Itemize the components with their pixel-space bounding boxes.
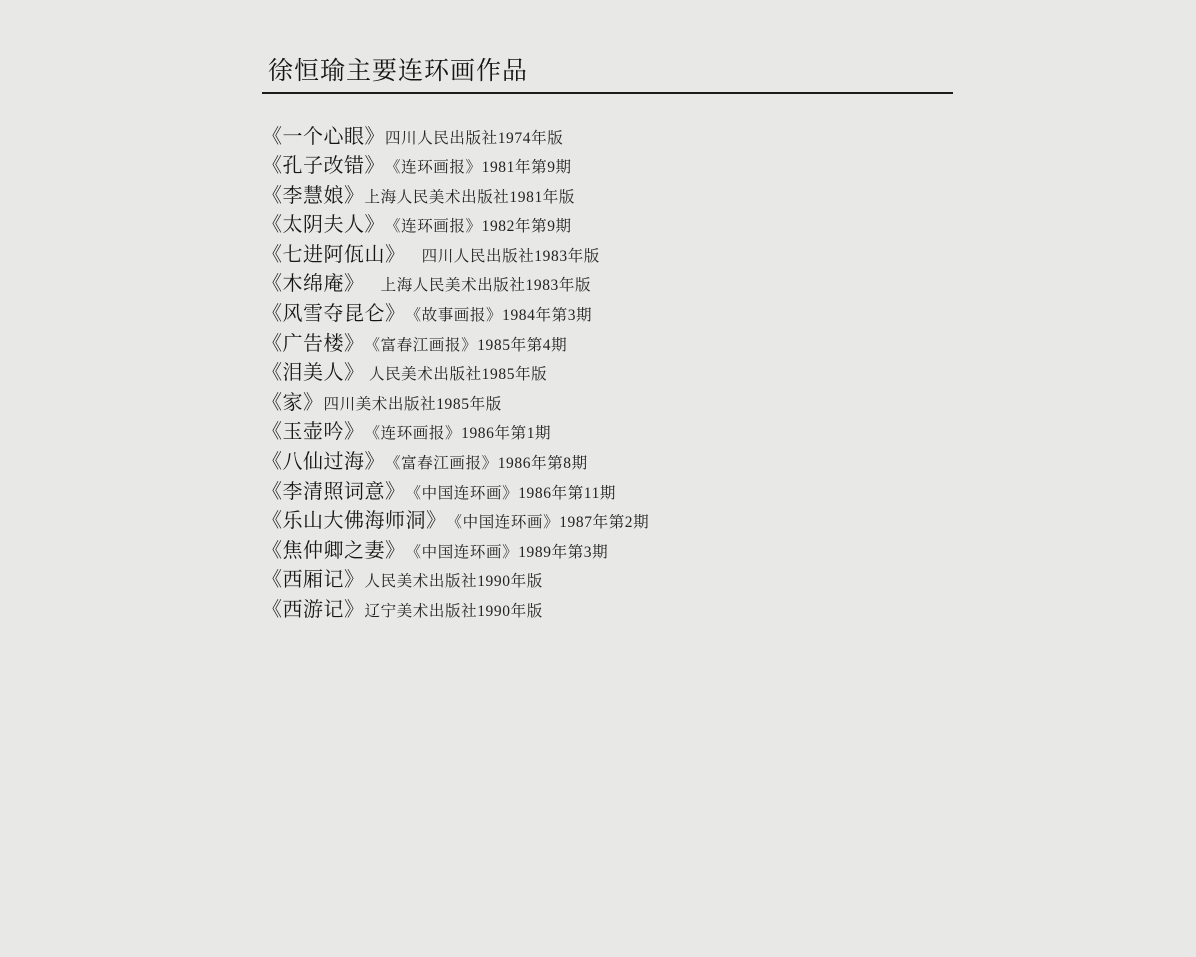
work-detail: 《连环画报》1982年第9期 bbox=[385, 214, 572, 236]
work-title: 《孔子改错》 bbox=[262, 149, 385, 178]
work-title: 《泪美人》 bbox=[262, 356, 365, 385]
work-title: 《玉壶吟》 bbox=[262, 415, 365, 444]
work-detail: 《中国连环画》1987年第2期 bbox=[447, 510, 650, 532]
work-title: 《西游记》 bbox=[262, 593, 365, 622]
work-item: 《一个心眼》四川人民出版社1974年版 bbox=[262, 120, 962, 150]
work-detail: 《中国连环画》1989年第3期 bbox=[406, 540, 609, 562]
work-item: 《七进阿佤山》 四川人民出版社1983年版 bbox=[262, 238, 962, 268]
work-title: 《七进阿佤山》 bbox=[262, 238, 406, 267]
work-detail: 《连环画报》1981年第9期 bbox=[385, 155, 572, 177]
work-title: 《风雪夺昆仑》 bbox=[262, 297, 406, 326]
work-item: 《玉壶吟》《连环画报》1986年第1期 bbox=[262, 415, 962, 445]
work-title: 《一个心眼》 bbox=[262, 120, 385, 149]
page-content: 徐恒瑜主要连环画作品 《一个心眼》四川人民出版社1974年版《孔子改错》《连环画… bbox=[262, 58, 962, 623]
work-detail: 上海人民美术出版社1983年版 bbox=[365, 273, 592, 295]
work-detail: 《富春江画报》1985年第4期 bbox=[365, 333, 568, 355]
work-detail: 四川人民出版社1974年版 bbox=[385, 126, 563, 148]
work-detail: 人民美术出版社1985年版 bbox=[365, 362, 548, 384]
work-item: 《李慧娘》上海人民美术出版社1981年版 bbox=[262, 179, 962, 209]
page-title: 徐恒瑜主要连环画作品 bbox=[262, 58, 953, 86]
work-title: 《李慧娘》 bbox=[262, 179, 365, 208]
work-title: 《八仙过海》 bbox=[262, 445, 385, 474]
work-item: 《广告楼》《富春江画报》1985年第4期 bbox=[262, 327, 962, 357]
work-item: 《焦仲卿之妻》《中国连环画》1989年第3期 bbox=[262, 534, 962, 564]
work-title: 《焦仲卿之妻》 bbox=[262, 534, 406, 563]
work-item: 《西厢记》人民美术出版社1990年版 bbox=[262, 563, 962, 593]
work-item: 《风雪夺昆仑》《故事画报》1984年第3期 bbox=[262, 297, 962, 327]
work-title: 《家》 bbox=[262, 386, 324, 415]
work-item: 《泪美人》 人民美术出版社1985年版 bbox=[262, 356, 962, 386]
work-detail: 辽宁美术出版社1990年版 bbox=[365, 599, 543, 621]
work-detail: 四川美术出版社1985年版 bbox=[324, 392, 502, 414]
section-heading: 徐恒瑜主要连环画作品 bbox=[262, 58, 953, 94]
work-item: 《孔子改错》《连环画报》1981年第9期 bbox=[262, 149, 962, 179]
work-title: 《太阴夫人》 bbox=[262, 208, 385, 237]
work-detail: 四川人民出版社1983年版 bbox=[406, 244, 600, 266]
work-item: 《西游记》辽宁美术出版社1990年版 bbox=[262, 593, 962, 623]
works-list: 《一个心眼》四川人民出版社1974年版《孔子改错》《连环画报》1981年第9期《… bbox=[262, 120, 962, 623]
work-title: 《李清照词意》 bbox=[262, 475, 406, 504]
scanned-book-page: 徐恒瑜主要连环画作品 《一个心眼》四川人民出版社1974年版《孔子改错》《连环画… bbox=[0, 0, 1196, 957]
work-title: 《广告楼》 bbox=[262, 327, 365, 356]
work-item: 《李清照词意》《中国连环画》1986年第11期 bbox=[262, 475, 962, 505]
work-item: 《家》四川美术出版社1985年版 bbox=[262, 386, 962, 416]
work-title: 《西厢记》 bbox=[262, 563, 365, 592]
work-detail: 《富春江画报》1986年第8期 bbox=[385, 451, 588, 473]
work-detail: 《连环画报》1986年第1期 bbox=[365, 421, 552, 443]
work-detail: 《故事画报》1984年第3期 bbox=[406, 303, 593, 325]
work-item: 《八仙过海》《富春江画报》1986年第8期 bbox=[262, 445, 962, 475]
work-item: 《太阴夫人》《连环画报》1982年第9期 bbox=[262, 208, 962, 238]
work-item: 《木绵庵》 上海人民美术出版社1983年版 bbox=[262, 267, 962, 297]
work-detail: 上海人民美术出版社1981年版 bbox=[365, 185, 576, 207]
work-detail: 《中国连环画》1986年第11期 bbox=[406, 481, 617, 503]
work-detail: 人民美术出版社1990年版 bbox=[365, 569, 543, 591]
work-item: 《乐山大佛海师洞》《中国连环画》1987年第2期 bbox=[262, 504, 962, 534]
work-title: 《木绵庵》 bbox=[262, 267, 365, 296]
work-title: 《乐山大佛海师洞》 bbox=[262, 504, 447, 533]
